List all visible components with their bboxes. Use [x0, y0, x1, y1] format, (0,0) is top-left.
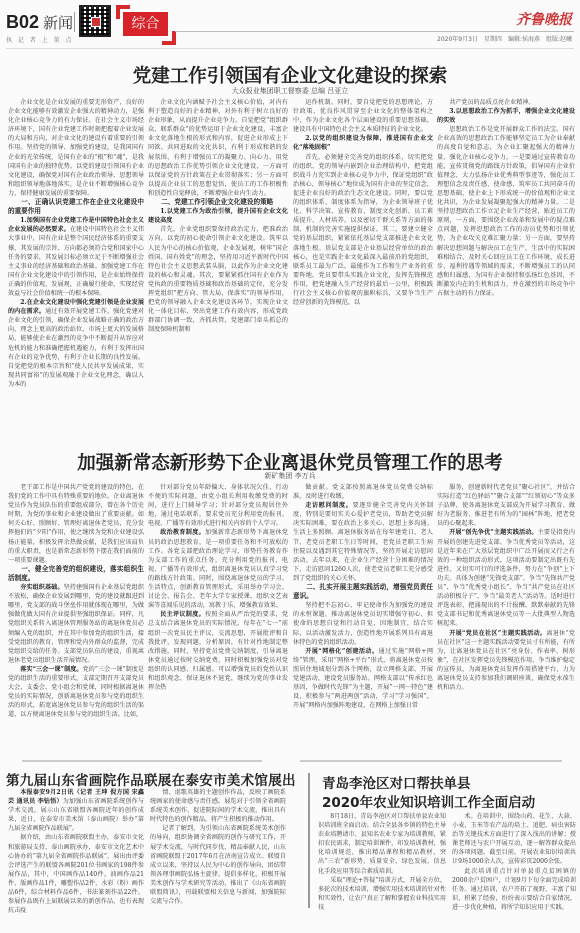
article2-col4: 服务，创建新时代老党员“聚心社区”，并结合实际打造“红色驿站”“聚合支部”“红领…: [437, 483, 575, 755]
paragraph: 情、讴歌英雄的主题创作作品，反映了画院系统画家的使命感与责任感。展览对于引领全省…: [150, 788, 286, 824]
article3-col2: 情、讴歌英雄的主题创作作品，反映了画院系统画家的使命感与责任感。展览对于引领全省…: [150, 788, 286, 928]
paragraph: 夯实组织基础。坚持建强国有企业基层党组织不放松，确保企业发展到哪里，党的建设就跟…: [8, 583, 144, 665]
paragraph-lead: 1.以党建工作为政治引领，提升国有企业文化建设高度: [148, 208, 288, 224]
article4-title-line1: 青岛李沧区对口帮扶单县: [322, 772, 471, 792]
paragraph-body: 在建设中国特色社会主义伟大事业中，国有企业是整个国民经济体系的重要支撑，其发展的…: [8, 226, 144, 297]
paragraph: 8月18日，青岛李沧区对口帮扶单县农业知识培训班全面启动。结合全县各乡镇的特色主…: [318, 812, 446, 876]
article2-byline: 新矿集团 李万兵: [0, 471, 580, 481]
paragraph-body: 按照全面从严治党的要求，党总支结合离退休党员的实际情况，每年在“七一”前组织一次…: [148, 611, 288, 691]
paragraph: 2.以党的组织建设为保障，推进国有企业文化“落地固根”: [293, 134, 433, 152]
editor-credit: 编辑:侯海燕: [508, 34, 540, 43]
article1-col2: 企业文化内涵赋予社会主义核心价值，对内有利于塑造良好的企业精神，对外有利于树立良…: [148, 98, 288, 430]
paragraph-body: 通过实施“网格+网络”管理，采用“网格+平台”形式，将离退休党员按照居住地域划分…: [293, 648, 433, 710]
paragraph: 记者了解到，为引领山东省画院系统美术创作的导向，组织协调全省画院的创作与研究工作…: [150, 824, 286, 906]
paragraph-lead: 落实“三会一课”制度。: [20, 666, 82, 673]
paragraph: 针对部分党员年龄偏大、身体状况欠佳、行动不便的实际问题，由党小组长利用收缴党费的…: [148, 483, 288, 528]
paragraph-body: 离退休“党员在社区”这一主题实践活动要党员寸有所能，有所为，让离退休党员在社区“…: [437, 630, 575, 692]
paragraph: 1.以党建工作为政治引领，提升国有企业文化建设高度: [148, 207, 288, 225]
article1-col3: 运作机制。同时，要自觉把党的思想理论、方针政策、优良作风贯穿至企业文化的整体架构…: [293, 98, 433, 430]
paragraph: 2.在企业文化建设中强化党建引领是企业发展的内在需求。通过有效开展党建工作，强化…: [8, 298, 144, 389]
paragraph-lead: 政治教育制度。: [160, 529, 205, 536]
section-badge: 综合: [116, 5, 176, 45]
article1-byline: 大众报业集团职工督察委 总编 吕亚立: [0, 86, 580, 96]
paragraph: 术。在培训中，围绕山药、花生、大蒜、小麦、玉米等农产品的培土、追肥、病虫害防治等…: [452, 812, 576, 867]
paragraph: 共产党员的品质点亮企业精神。: [437, 98, 575, 107]
paragraph-body: 要逐步健全完善党内关怀制度，特别是要切实关心爱护老党员，帮助老党员解决实际困难，…: [293, 502, 433, 582]
paragraph: 此次培训重点针对单县重点贫困镇的2000余户贫困户，计划9月下旬全面完成培训任务…: [452, 867, 576, 912]
paragraph-body: 坚持建强国有企业基层党组织不放松，确保企业发展到哪里，党的建设就跟进到哪里，党支…: [8, 584, 144, 664]
layout-credit: 组版:赵曦: [546, 34, 572, 43]
paragraph: 二、扎实开展主题实践活动，增强党员责任意识。: [293, 583, 433, 601]
paragraph-lead: 开展“创先争优”主题实践活动。: [449, 529, 538, 536]
paragraph: 企业文化是企业发展的重要无形资产，良好的企业文化能够有效激发企业强大的精神动力，…: [8, 98, 144, 198]
paragraph: 运作机制。同时，要自觉把党的思想理论、方针政策、优良作风贯穿至企业文化的整体架构…: [293, 98, 433, 134]
paragraph: 开展“创先争优”主题实践活动。主要是指党内开展的创建先进党支部、争当优秀党员等活…: [437, 528, 575, 628]
paragraph: 首先，必须健全完善党的组织体系，切实把党的组织、党的领导内嵌到企业治理结构中，把…: [293, 153, 433, 308]
article1-col4: 共产党员的品质点亮企业精神。3.以思想政治工作为抓手，增强企业文化建设的实效思想…: [437, 98, 575, 430]
issue-meta: 2020年9月3日 星期四 编辑:侯海燕 组版:赵曦: [437, 34, 572, 43]
issue-date: 2020年9月3日: [437, 34, 478, 43]
paragraph-lead: 夯实组织基础。: [20, 584, 63, 591]
paragraph: 思想政治工作是党开展群众工作的法宝。国有企业高效的思想政治工作能够坚定员工为企业…: [437, 125, 575, 298]
article1-col1: 企业文化是企业发展的重要无形资产，良好的企业文化能够有效激发企业强大的精神动力，…: [8, 98, 144, 430]
paragraph: 1.加强国有企业党建工作是中国特色社会主义企业发展的必然要求。在建设中国特色社会…: [8, 216, 144, 298]
issue-weekday: 星期四: [484, 34, 502, 43]
paragraph: 本报泰安9月2日讯（记者 王坤 倪方国 宋鑫芸 通讯员 李钻悟）为加强山东省画院…: [8, 788, 144, 833]
paragraph: 一、健全完善党的组织建设，落实组织生活制度。: [8, 565, 144, 583]
paragraph: 落实“三会一课”制度。党的“三会一课”制度是党的组织生活的重要形式，支部定期召开…: [8, 665, 144, 720]
article3-title: 第九届山东省画院作品联展在泰安市美术馆展出: [6, 769, 296, 789]
paragraph: 3.以思想政治工作为抓手，增强企业文化建设的实效: [437, 107, 575, 125]
article4-col1: 8月18日，青岛李沧区对口帮扶单县农业知识培训班全面启动。结合全县各乡镇的特色主…: [318, 812, 446, 930]
header-rule: [175, 31, 574, 32]
paragraph: 政治教育制度。加强新常态新形势下离退休党员的政治思想教育，是一项重要任务和不可放…: [148, 528, 288, 610]
reporter-line: 执 记 者 上 董 点: [6, 35, 74, 44]
paragraph-lead: 民主评议制度。: [160, 611, 205, 618]
article4-vertical-bar: [308, 773, 310, 908]
paragraph-lead: 开展“党员在社区”主题实践活动。: [449, 630, 546, 637]
paragraph: 服务，创建新时代老党员“聚心社区”，并结合实际打造“红色驿站”“聚合支部”“红领…: [437, 483, 575, 528]
paragraph-body: 主要是指党内开展的创建先进党支部、争当优秀党员等活动，这是近年来在广大基层党组织…: [437, 529, 575, 627]
paragraph: 民主评议制度。按照全面从严治党的要求，党总支结合离退休党员的实际情况，每年在“七…: [148, 610, 288, 692]
header-separator: [74, 12, 75, 32]
paragraph-body: 加强新常态新形势下离退休党员的政治思想教育，是一项重要任务和不可放松的工作。各党…: [148, 529, 288, 609]
paragraph: 一、正确认识党建工作在企业文化建设中的重要作用: [8, 198, 144, 216]
paragraph-lead: 开展“网格化”创建活动。: [305, 648, 378, 655]
article1-title: 党建工作引领国有企业文化建设的探索: [0, 62, 580, 88]
section-divider-right: [300, 760, 562, 762]
masthead-logo: 齐鲁晚报: [516, 9, 572, 29]
article2-col2: 针对部分党员年龄偏大、身体状况欠佳、行动不便的实际问题，由党小组长利用收缴党费的…: [148, 483, 288, 755]
top-rule: [6, 48, 574, 49]
paragraph: 据介绍，由山东省画院联盟主办，泰安市文化和旅游局支持，泰山画院承办，泰安市文化艺…: [8, 833, 144, 915]
paragraph-lead: 走访慰问制度。: [305, 502, 352, 509]
paragraph-body: 通过有效开展党建工作，强化党建对企业文化的引领，确保企业发展战略正确的政治方向，…: [8, 308, 144, 388]
article2-col3: 做贡献。党支部按照离退休党员党费交纳标准，及时进行收缴。走访慰问制度。要逐步健全…: [293, 483, 433, 755]
paragraph: 开展“网格化”创建活动。通过实施“网格+网络”管理，采用“网格+平台”形式，将离…: [293, 647, 433, 711]
article3-col1: 本报泰安9月2日讯（记者 王坤 倪方国 宋鑫芸 通讯员 李钻悟）为加强山东省画院…: [8, 788, 144, 928]
section-name: 新闻: [43, 12, 73, 33]
paragraph: 坚持把不忘初心、牢记使命作为加强党的建设的永恒课题，推动离退休党员切实增强守初心…: [293, 601, 433, 646]
paragraph: 走访慰问制度。要逐步健全完善党内关怀制度，特别是要切实关心爱护老党员，帮助老党员…: [293, 501, 433, 583]
article2-col1: 老干部工作是中国共产党党的建设的特色，在我们党的工作中具有特殊重要的地位。企业离…: [8, 483, 144, 755]
paragraph: 做贡献。党支部按照离退休党员党费交纳标准，及时进行收缴。: [293, 483, 433, 501]
paragraph-body: 党的“三会一课”制度是党的组织生活的重要形式，支部定期召开支部党员大会、支委会、…: [8, 666, 144, 718]
qr-code-icon[interactable]: [79, 5, 111, 37]
article4-col2: 术。在培训中，围绕山药、花生、大蒜、小麦、玉米等农产品的培土、追肥、病虫害防治等…: [452, 812, 576, 930]
paragraph-lead: 2.以党的组织建设为保障，推进国有企业文化“落地固根”: [293, 135, 433, 151]
page-number: B02: [6, 12, 39, 33]
paragraph: 首先，企业党组织要保持政治定力，把准政治方向，以党的初心使命引领企业文化建设。筑…: [148, 225, 288, 334]
paragraph: 二、党建工作引领企业文化建设的策略: [148, 198, 288, 207]
paragraph-lead: 3.以思想政治工作为抓手，增强企业文化建设的实效: [437, 108, 575, 124]
paragraph: 老干部工作是中国共产党党的建设的特色，在我们党的工作中具有特殊重要的地位。企业离…: [8, 483, 144, 565]
page-header: B02 新闻 执 记 者 上 董 点 综合 齐鲁晚报 2020年9月3日 星期四…: [0, 0, 580, 50]
paragraph: 开展“党员在社区”主题实践活动。离退休“党员在社区”这一主题实践活动要党员寸有所…: [437, 629, 575, 693]
section-badge-label: 综合: [123, 12, 168, 36]
paragraph: 采取“理论+答疑”培训方式，开展全方位、多轮次的技术培训，增强实用技术培训的针对…: [318, 876, 446, 912]
paragraph: 企业文化内涵赋予社会主义核心价值，对内有利于塑造良好的企业精神，对外有利于树立良…: [148, 98, 288, 198]
section-divider-left: [22, 760, 262, 762]
article4-title-line2: 2020年农业知识培训工作全面启动: [322, 791, 535, 811]
